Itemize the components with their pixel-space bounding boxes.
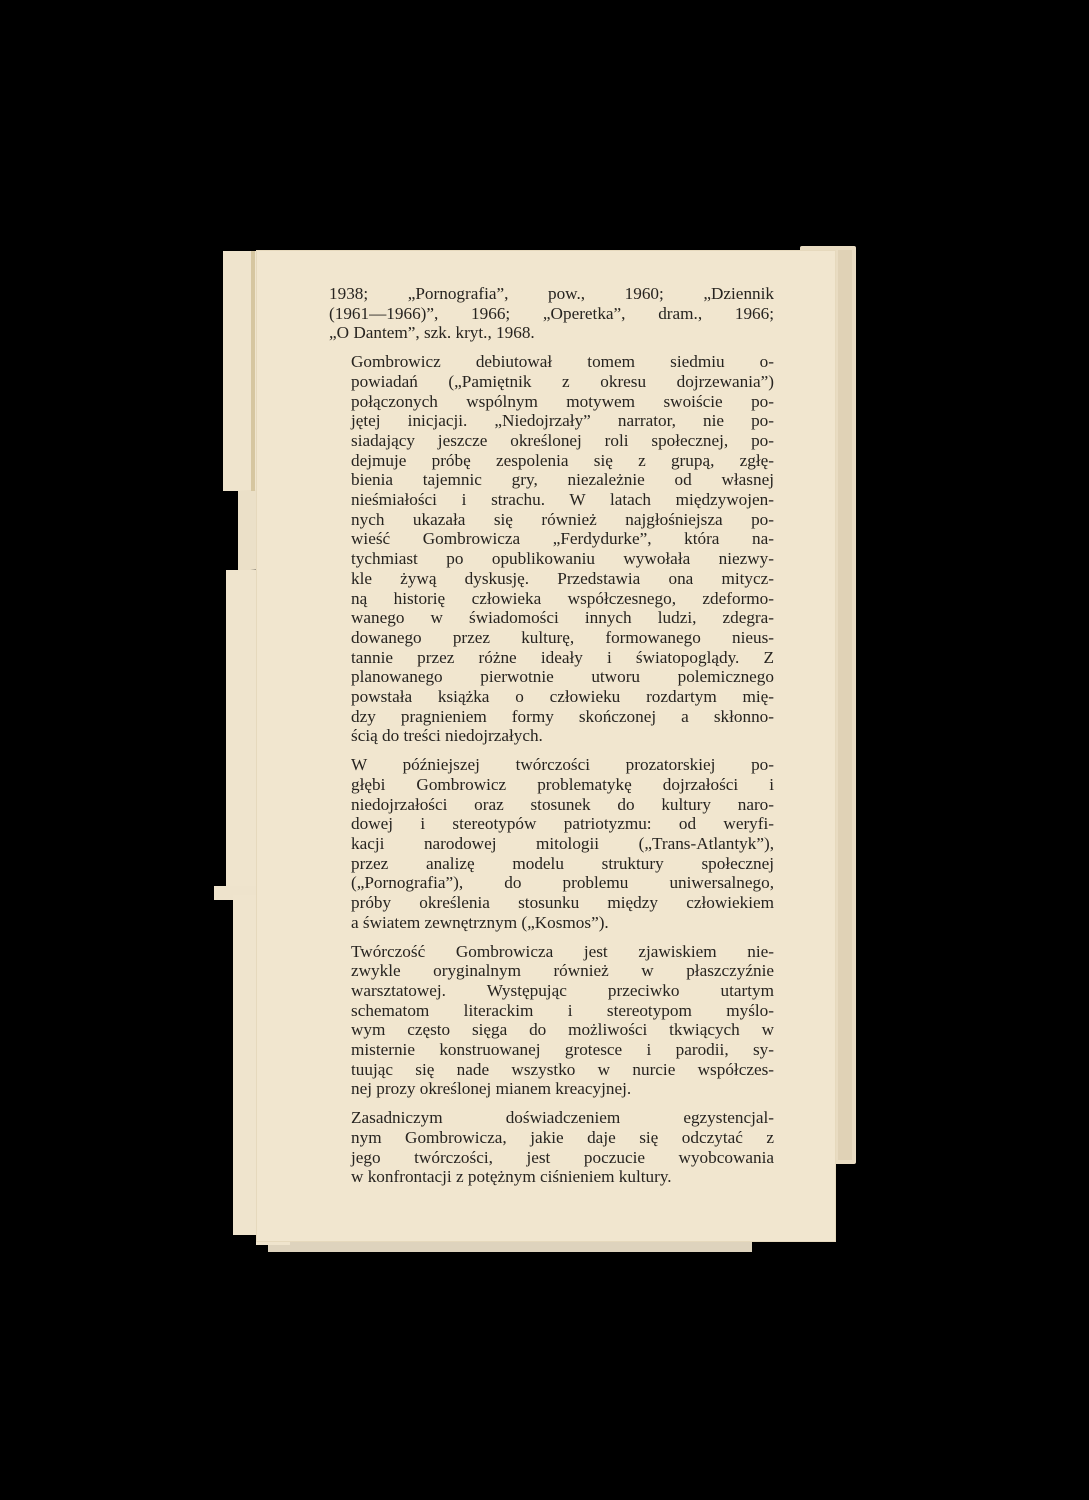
text-line: niedojrzałości oraz stosunek do kultury …: [329, 795, 774, 815]
text-line: bienia tajemnic gry, niezależnie od włas…: [329, 470, 774, 490]
text-line: Gombrowicz debiutował tomem siedmiu o-: [329, 352, 774, 372]
text-line: wanego w świadomości innych ludzi, zdegr…: [329, 608, 774, 628]
text-line: dejmuje próbę zespolenia się z grupą, zg…: [329, 451, 774, 471]
text-line: („Pornografia”), do problemu uniwersalne…: [329, 873, 774, 893]
text-line: ścią do treści niedojrzałych.: [329, 726, 774, 746]
text-line: W późniejszej twórczości prozatorskiej p…: [329, 755, 774, 775]
paragraph: W późniejszej twórczości prozatorskiej p…: [329, 755, 774, 932]
text-line: „O Dantem”, szk. kryt., 1968.: [329, 323, 774, 343]
text-line: kacji narodowej mitologii („Trans-Atlant…: [329, 834, 774, 854]
text-line: tychmiast po opublikowaniu wywołała niez…: [329, 549, 774, 569]
text-line: kle żywą dyskusję. Przedstawia ona mityc…: [329, 569, 774, 589]
text-line: (1961—1966)”, 1966; „Operetka”, dram., 1…: [329, 304, 774, 324]
text-line: jętej inicjacji. „Niedojrzały” narrator,…: [329, 411, 774, 431]
text-line: przez analizę modelu struktury społeczne…: [329, 854, 774, 874]
back-sheet-right-edge-2: [838, 250, 852, 1160]
text-line: nej prozy określonej mianem kreacyjnej.: [329, 1079, 774, 1099]
text-line: nym Gombrowicza, jakie daje się odczytać…: [329, 1128, 774, 1148]
text-line: wieść Gombrowicza „Ferdydurke”, która na…: [329, 529, 774, 549]
page-fold-line: [251, 251, 255, 491]
text-line: 1938; „Pornografia”, pow., 1960; „Dzienn…: [329, 284, 774, 304]
text-line: połączonych wspólnym motywem swoiście po…: [329, 392, 774, 412]
text-line: dzy pragnieniem formy skończonej a skłon…: [329, 707, 774, 727]
text-line: schematom literackim i stereotypom myślo…: [329, 1001, 774, 1021]
text-line: Zasadniczym doświadczeniem egzystencjal-: [329, 1108, 774, 1128]
text-line: dowej i stereotypów patriotyzmu: od wery…: [329, 814, 774, 834]
text-line: ną historię człowieka współczesnego, zde…: [329, 589, 774, 609]
text-line: w konfrontacji z potężnym ciśnieniem kul…: [329, 1167, 774, 1187]
paragraph: 1938; „Pornografia”, pow., 1960; „Dzienn…: [329, 284, 774, 343]
text-line: wym często sięga do możliwości tkwiących…: [329, 1020, 774, 1040]
paragraph: Zasadniczym doświadczeniem egzystencjal-…: [329, 1108, 774, 1187]
text-line: powstała książka o człowieku rozdartym m…: [329, 687, 774, 707]
text-line: Twórczość Gombrowicza jest zjawiskiem ni…: [329, 942, 774, 962]
text-line: tannie przez różne ideały i światopogląd…: [329, 648, 774, 668]
text-line: warsztatowej. Występując przeciwko utart…: [329, 981, 774, 1001]
text-line: powiadań („Pamiętnik z okresu dojrzewani…: [329, 372, 774, 392]
text-line: zwykle oryginalnym również w płaszczyźni…: [329, 961, 774, 981]
text-line: nieśmiałości i strachu. W latach międzyw…: [329, 490, 774, 510]
text-line: jego twórczości, jest poczucie wyobcowan…: [329, 1148, 774, 1168]
paragraph: Gombrowicz debiutował tomem siedmiu o-po…: [329, 352, 774, 746]
text-line: nych ukazała się również najgłośniejsza …: [329, 510, 774, 530]
text-line: siadający jeszcze określonej roli społec…: [329, 431, 774, 451]
text-line: próby określenia stosunku między człowie…: [329, 893, 774, 913]
page-body-text: 1938; „Pornografia”, pow., 1960; „Dzienn…: [329, 284, 774, 1196]
text-line: głębi Gombrowicz problematykę dojrzałośc…: [329, 775, 774, 795]
text-line: planowanego pierwotnie utworu polemiczne…: [329, 667, 774, 687]
text-line: a światem zewnętrznym („Kosmos”).: [329, 913, 774, 933]
paragraph: Twórczość Gombrowicza jest zjawiskiem ni…: [329, 942, 774, 1100]
text-line: tuując się nade wszystko w nurcie współc…: [329, 1060, 774, 1080]
text-line: dowanego przez kulturę, formowanego nieu…: [329, 628, 774, 648]
text-line: misternie konstruowanej grotesce i parod…: [329, 1040, 774, 1060]
